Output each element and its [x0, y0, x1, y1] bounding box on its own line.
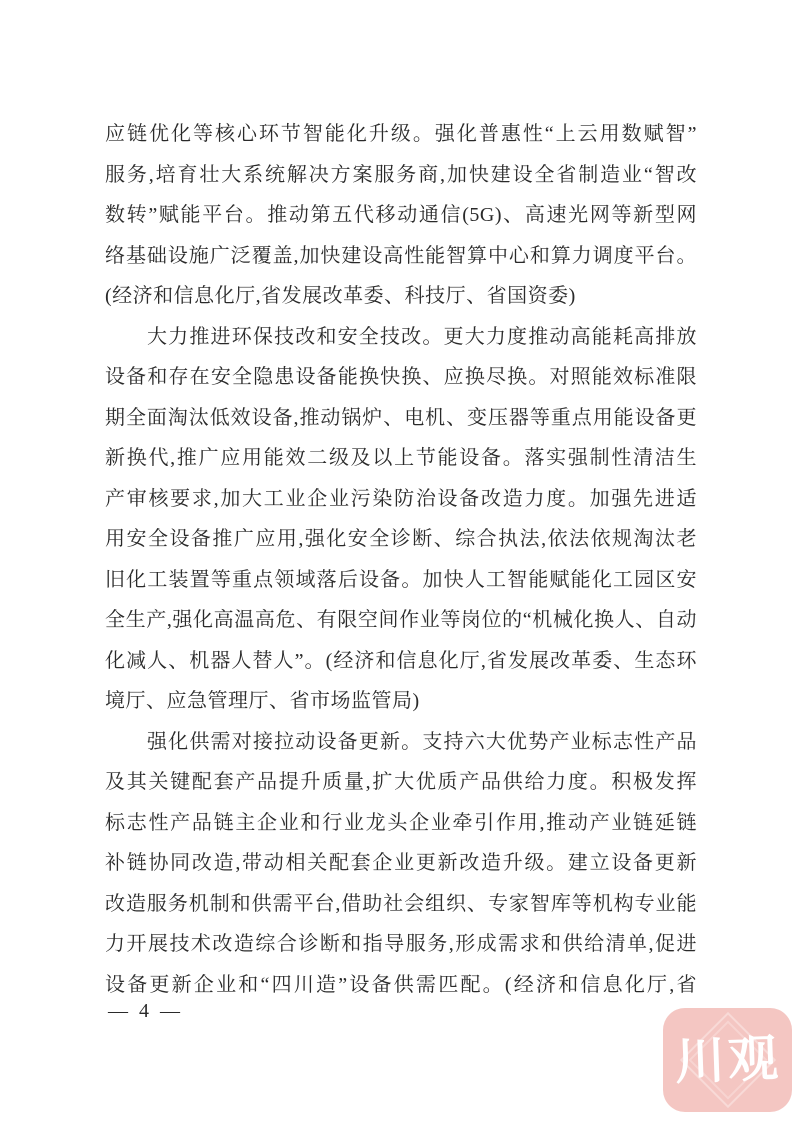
text-line: 新换代,推广应用能效二级及以上节能设备。落实强制性清洁生 [105, 438, 697, 479]
text-line: 标志性产品链主企业和行业龙头企业牵引作用,推动产业链延链 [105, 803, 697, 844]
paragraph: 应链优化等核心环节智能化升级。强化普惠性“上云用数赋智”服务,培育壮大系统解决方… [105, 114, 697, 317]
text-line: 强化供需对接拉动设备更新。支持六大优势产业标志性产品 [105, 722, 697, 763]
paragraph: 大力推进环保技改和安全技改。更大力度推动高能耗高排放设备和存在安全隐患设备能换快… [105, 317, 697, 722]
text-line: 境厅、应急管理厅、省市场监管局) [105, 681, 697, 722]
watermark-text: 川观 [674, 1033, 782, 1087]
chuanguan-watermark-logo: 川观 [663, 1008, 792, 1112]
text-line: 产审核要求,加大工业企业污染防治设备改造力度。加强先进适 [105, 479, 697, 520]
text-line: 改造服务机制和供需平台,借助社会组织、专家智库等机构专业能 [105, 884, 697, 925]
text-line: 服务,培育壮大系统解决方案服务商,加快建设全省制造业“智改 [105, 155, 697, 196]
text-line: 大力推进环保技改和安全技改。更大力度推动高能耗高排放 [105, 317, 697, 358]
document-page: 应链优化等核心环节智能化升级。强化普惠性“上云用数赋智”服务,培育壮大系统解决方… [0, 0, 794, 1123]
page-number: — 4 — [108, 1000, 183, 1023]
text-line: 全生产,强化高温高危、有限空间作业等岗位的“机械化换人、自动 [105, 600, 697, 641]
text-line: 数转”赋能平台。推动第五代移动通信(5G)、高速光网等新型网 [105, 195, 697, 236]
text-line: 络基础设施广泛覆盖,加快建设高性能智算中心和算力调度平台。 [105, 236, 697, 277]
text-line: (经济和信息化厅,省发展改革委、科技厅、省国资委) [105, 276, 697, 317]
text-line: 化减人、机器人替人”。(经济和信息化厅,省发展改革委、生态环 [105, 641, 697, 682]
text-line: 期全面淘汰低效设备,推动锅炉、电机、变压器等重点用能设备更 [105, 398, 697, 439]
document-body: 应链优化等核心环节智能化升级。强化普惠性“上云用数赋智”服务,培育壮大系统解决方… [105, 114, 697, 1005]
paragraph: 强化供需对接拉动设备更新。支持六大优势产业标志性产品及其关键配套产品提升质量,扩… [105, 722, 697, 1006]
text-line: 用安全设备推广应用,强化安全诊断、综合执法,依法依规淘汰老 [105, 519, 697, 560]
text-line: 及其关键配套产品提升质量,扩大优质产品供给力度。积极发挥 [105, 762, 697, 803]
text-line: 应链优化等核心环节智能化升级。强化普惠性“上云用数赋智” [105, 114, 697, 155]
text-line: 力开展技术改造综合诊断和指导服务,形成需求和供给清单,促进 [105, 924, 697, 965]
text-line: 旧化工装置等重点领域落后设备。加快人工智能赋能化工园区安 [105, 560, 697, 601]
text-line: 设备更新企业和“四川造”设备供需匹配。(经济和信息化厅,省 [105, 965, 697, 1006]
text-line: 设备和存在安全隐患设备能换快换、应换尽换。对照能效标准限 [105, 357, 697, 398]
text-line: 补链协同改造,带动相关配套企业更新改造升级。建立设备更新 [105, 843, 697, 884]
